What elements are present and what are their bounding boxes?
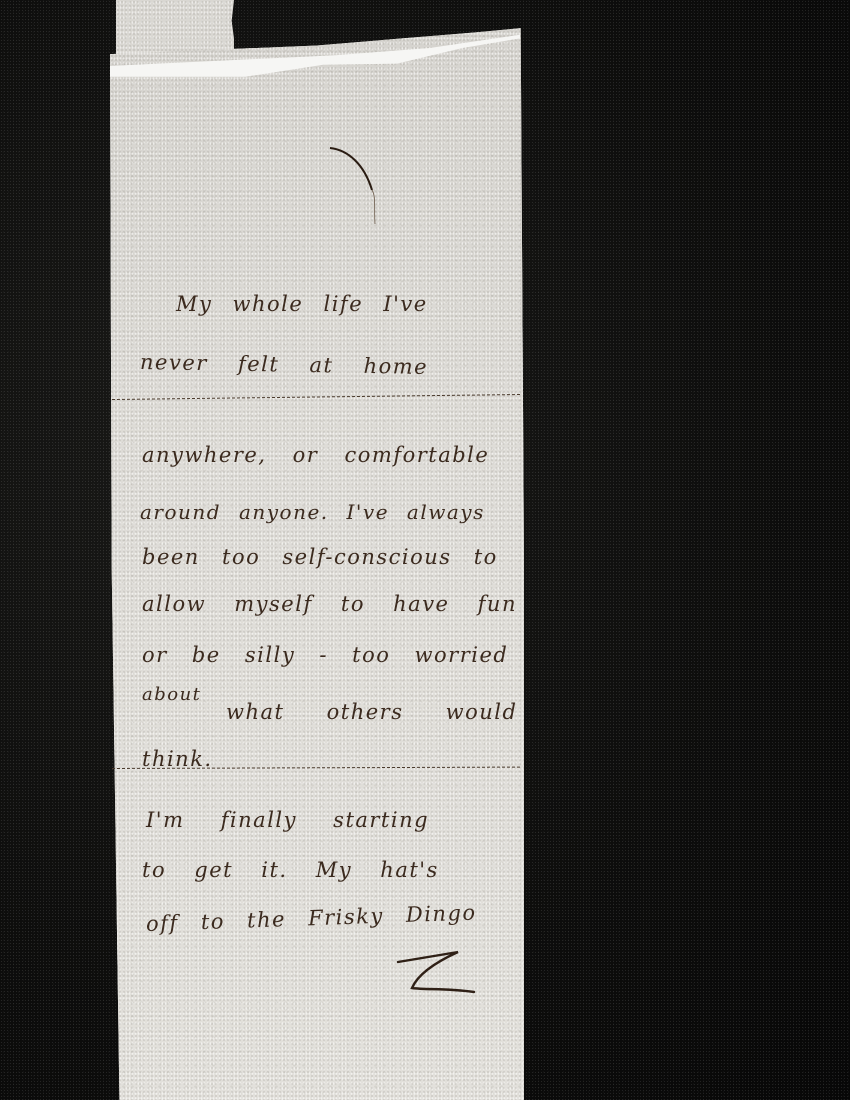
note-line: I'm finally starting bbox=[146, 808, 429, 832]
note-line: to get it. My hat's bbox=[142, 858, 439, 882]
note-line: anywhere, or comfortable bbox=[142, 443, 489, 467]
note-line: about bbox=[142, 684, 201, 705]
signature-mark bbox=[396, 948, 480, 998]
note-line: allow myself to have fun bbox=[142, 592, 517, 616]
note-line: never felt at home bbox=[140, 350, 429, 379]
note-line: think. bbox=[142, 747, 213, 771]
note-line: or be silly - too worried bbox=[142, 643, 508, 667]
stray-pen-mark bbox=[328, 146, 388, 226]
note-line: around anyone. I've always bbox=[140, 500, 485, 524]
note-line: what others would bbox=[226, 700, 517, 724]
note-line: My whole life I've bbox=[176, 292, 428, 316]
note-line: been too self-conscious to bbox=[142, 545, 498, 569]
